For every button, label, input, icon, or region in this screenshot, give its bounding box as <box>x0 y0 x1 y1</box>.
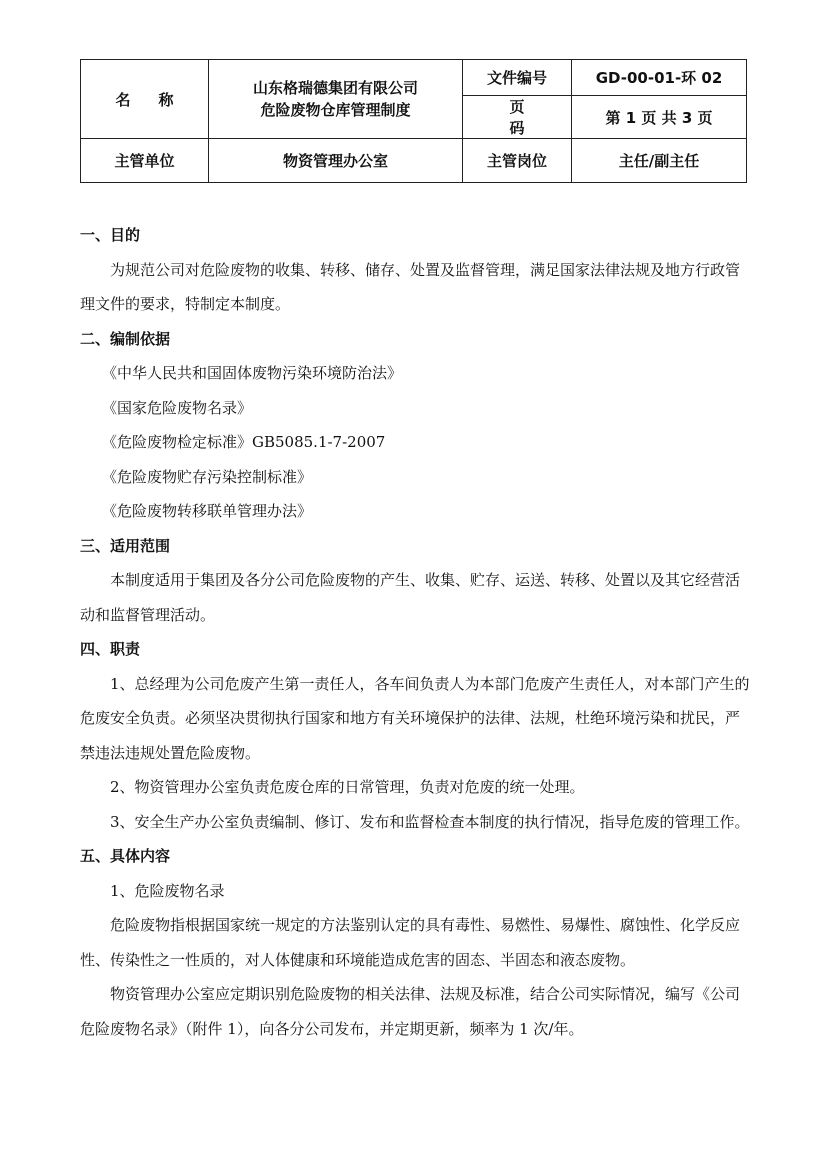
document-body: 一、目的 为规范公司对危险废物的收集、转移、储存、处置及监督管理，满足国家法律法… <box>80 218 750 1046</box>
page-label: 页码 <box>463 96 572 139</box>
paragraph: 本制度适用于集团及各分公司危险废物的产生、收集、贮存、运送、转移、处置以及其它经… <box>80 563 750 632</box>
doc-number-label: 文件编号 <box>463 60 572 96</box>
company-name: 山东格瑞德集团有限公司 <box>209 77 462 99</box>
reference-item: 《危险废物贮存污染控制标准》 <box>80 460 750 495</box>
document-header-table: 名称 山东格瑞德集团有限公司 危险废物仓库管理制度 文件编号 GD-00-01-… <box>80 59 747 183</box>
section-heading-responsibilities: 四、职责 <box>80 632 750 667</box>
paragraph: 为规范公司对危险废物的收集、转移、储存、处置及监督管理，满足国家法律法规及地方行… <box>80 253 750 322</box>
reference-item: 《中华人民共和国固体废物污染环境防治法》 <box>80 356 750 391</box>
reference-item: 《国家危险废物名录》 <box>80 391 750 426</box>
reference-item: 《危险废物检定标准》GB5085.1-7-2007 <box>80 425 750 460</box>
document-title: 山东格瑞德集团有限公司 危险废物仓库管理制度 <box>209 60 463 139</box>
reference-item: 《危险废物转移联单管理办法》 <box>80 494 750 529</box>
responsibility-item: 1、总经理为公司危废产生第一责任人，各车间负责人为本部门危废产生责任人，对本部门… <box>80 667 750 771</box>
subheading: 1、危险废物名录 <box>80 874 750 909</box>
page-value: 第 1 页 共 3 页 <box>572 96 747 139</box>
paragraph: 物资管理办公室应定期识别危险废物的相关法律、法规及标准，结合公司实际情况，编写《… <box>80 977 750 1046</box>
doc-number-value: GD-00-01-环 02 <box>572 60 747 96</box>
section-heading-scope: 三、适用范围 <box>80 529 750 564</box>
paragraph: 危险废物指根据国家统一规定的方法鉴别认定的具有毒性、易燃性、易爆性、腐蚀性、化学… <box>80 908 750 977</box>
responsibility-item: 2、物资管理办公室负责危废仓库的日常管理，负责对危废的统一处理。 <box>80 770 750 805</box>
policy-name: 危险废物仓库管理制度 <box>209 99 462 121</box>
dept-label: 主管单位 <box>81 139 209 183</box>
document-page: 名称 山东格瑞德集团有限公司 危险废物仓库管理制度 文件编号 GD-00-01-… <box>0 0 827 1169</box>
post-value: 主任/副主任 <box>572 139 747 183</box>
section-heading-basis: 二、编制依据 <box>80 322 750 357</box>
section-heading-content: 五、具体内容 <box>80 839 750 874</box>
post-label: 主管岗位 <box>463 139 572 183</box>
dept-value: 物资管理办公室 <box>209 139 463 183</box>
responsibility-item: 3、安全生产办公室负责编制、修订、发布和监督检查本制度的执行情况，指导危废的管理… <box>80 805 750 840</box>
section-heading-purpose: 一、目的 <box>80 218 750 253</box>
name-label: 名称 <box>81 60 209 139</box>
